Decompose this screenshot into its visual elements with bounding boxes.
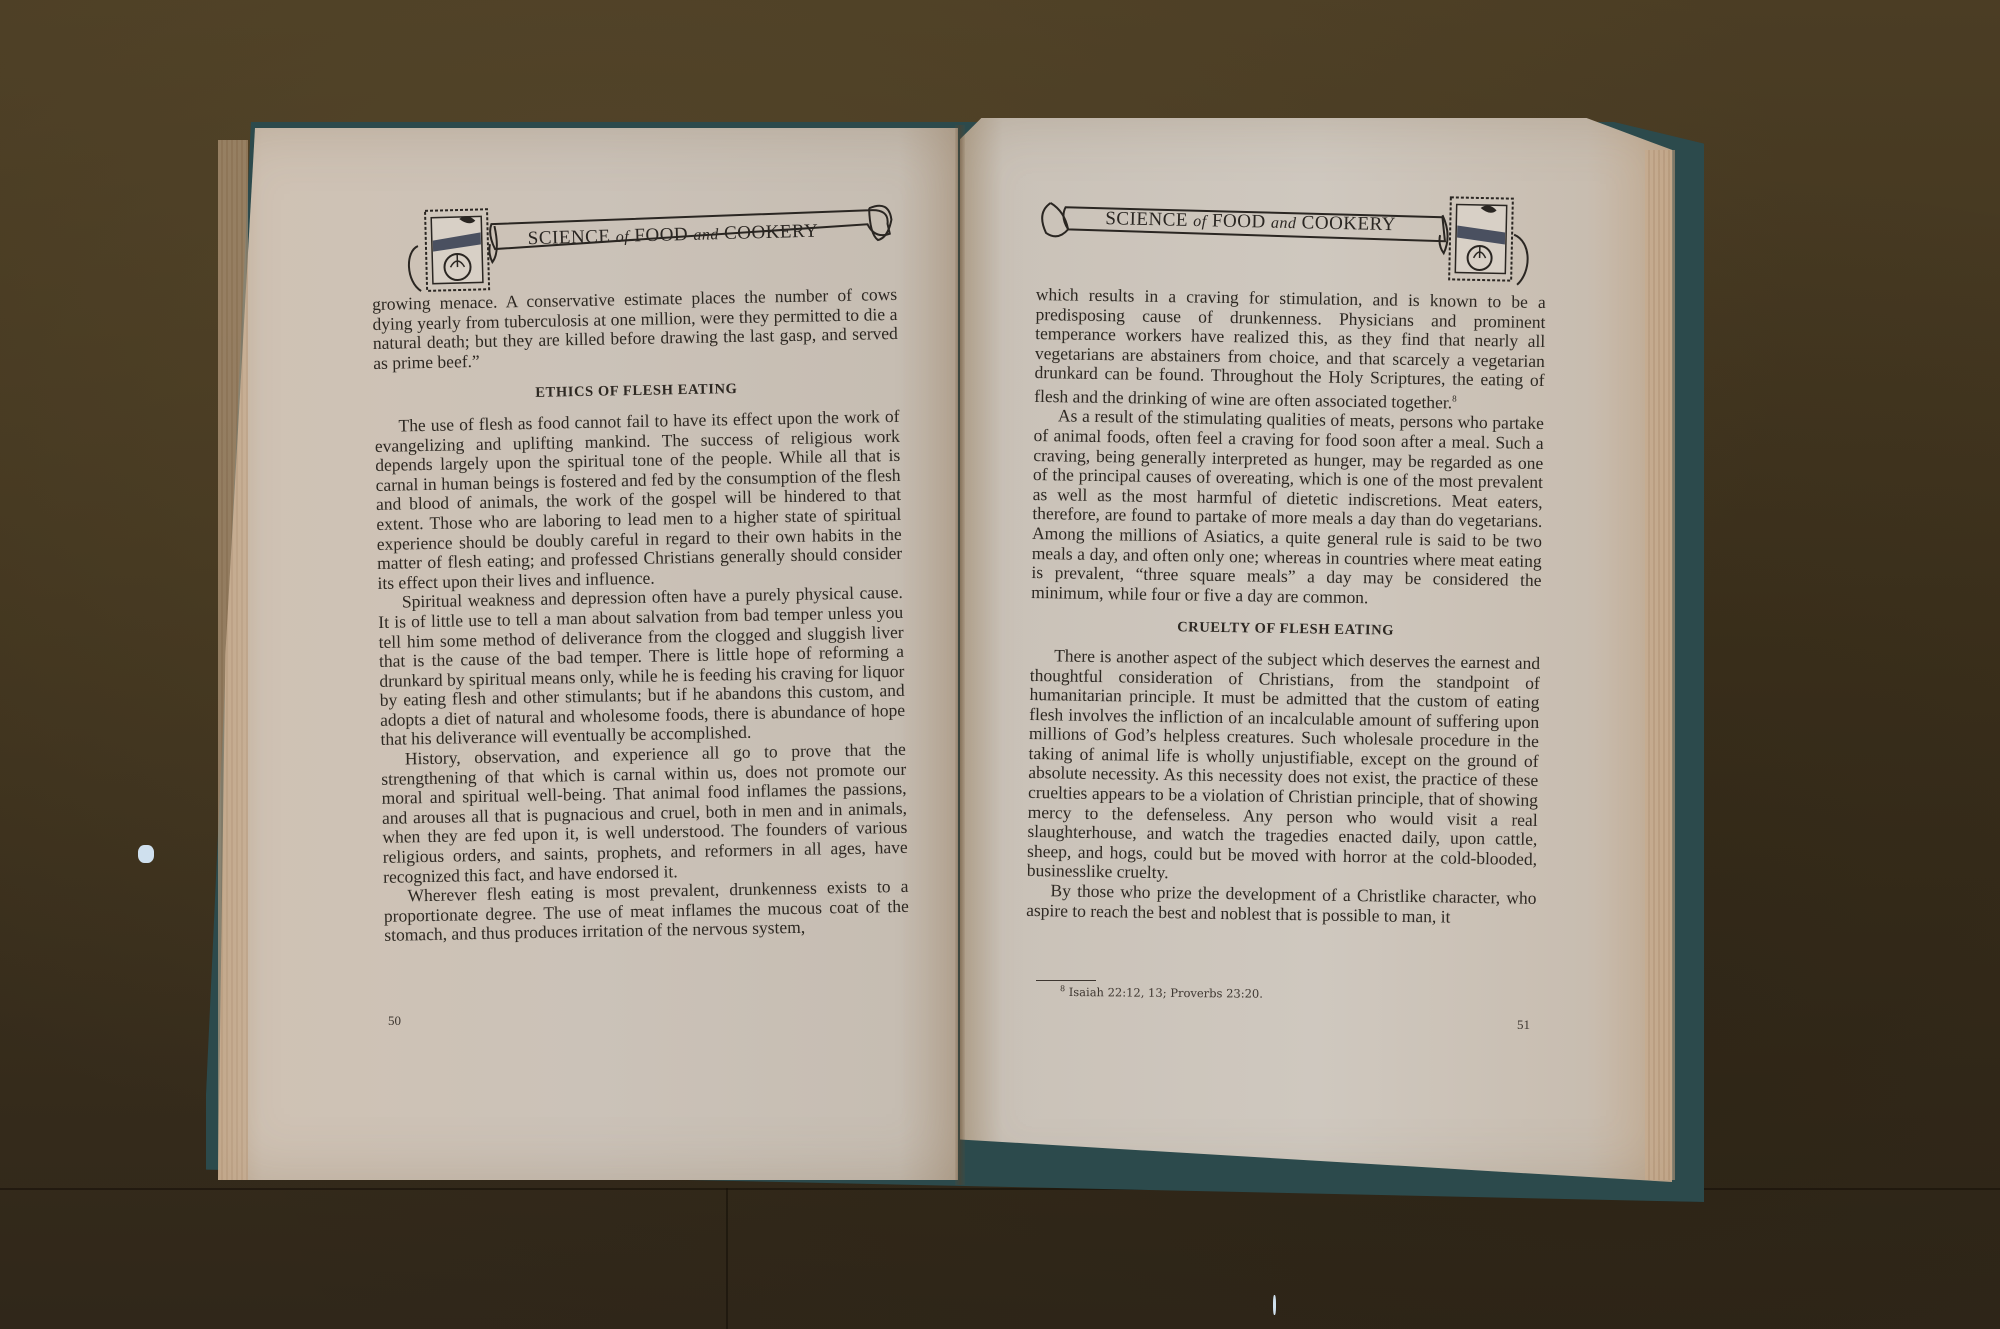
banner-with-pumpkin-vignette-icon <box>1039 187 1541 287</box>
paragraph: Wherever flesh eating is most prevalent,… <box>383 877 909 946</box>
book-gutter <box>955 125 965 1185</box>
footnote-marker: 8 <box>1060 984 1065 993</box>
left-page-edges <box>218 140 248 1180</box>
running-head-left: SCIENCE of FOOD and COOKERY <box>399 193 901 296</box>
running-head-right: SCIENCE of FOOD and COOKERY <box>1039 187 1541 287</box>
paragraph: The use of flesh as food cannot fail to … <box>374 407 902 593</box>
footnote-text: Isaiah 22:12, 13; Proverbs 23:20. <box>1069 985 1263 1001</box>
page-number: 50 <box>388 1013 401 1029</box>
paragraph: which results in a craving for stimulati… <box>1034 285 1546 414</box>
footnote: 8 Isaiah 22:12, 13; Proverbs 23:20. <box>1060 984 1263 1001</box>
paragraph: Spiritual weakness and depression often … <box>378 583 906 750</box>
table-plank-seam <box>726 1188 728 1329</box>
paragraph: There is another aspect of the subject w… <box>1027 646 1541 889</box>
section-heading: ETHICS OF FLESH EATING <box>374 377 899 407</box>
paragraph: As a result of the stimulating qualities… <box>1031 406 1544 610</box>
footnote-reference: 8 <box>1452 394 1457 404</box>
left-page-text: growing menace. A conservative estimate … <box>372 285 909 946</box>
page-number: 51 <box>1517 1017 1530 1033</box>
paper-fleck <box>1273 1295 1276 1315</box>
right-page-edges <box>1645 150 1675 1180</box>
paragraph: History, observation, and experience all… <box>381 740 909 887</box>
section-heading: CRUELTY OF FLESH EATING <box>1030 616 1540 644</box>
footnote-divider <box>1036 980 1096 981</box>
paragraph: growing menace. A conservative estimate … <box>372 285 898 373</box>
right-page-text: which results in a craving for stimulati… <box>1026 285 1546 928</box>
paper-fleck <box>138 845 154 863</box>
paragraph: By those who prize the development of a … <box>1026 881 1537 928</box>
